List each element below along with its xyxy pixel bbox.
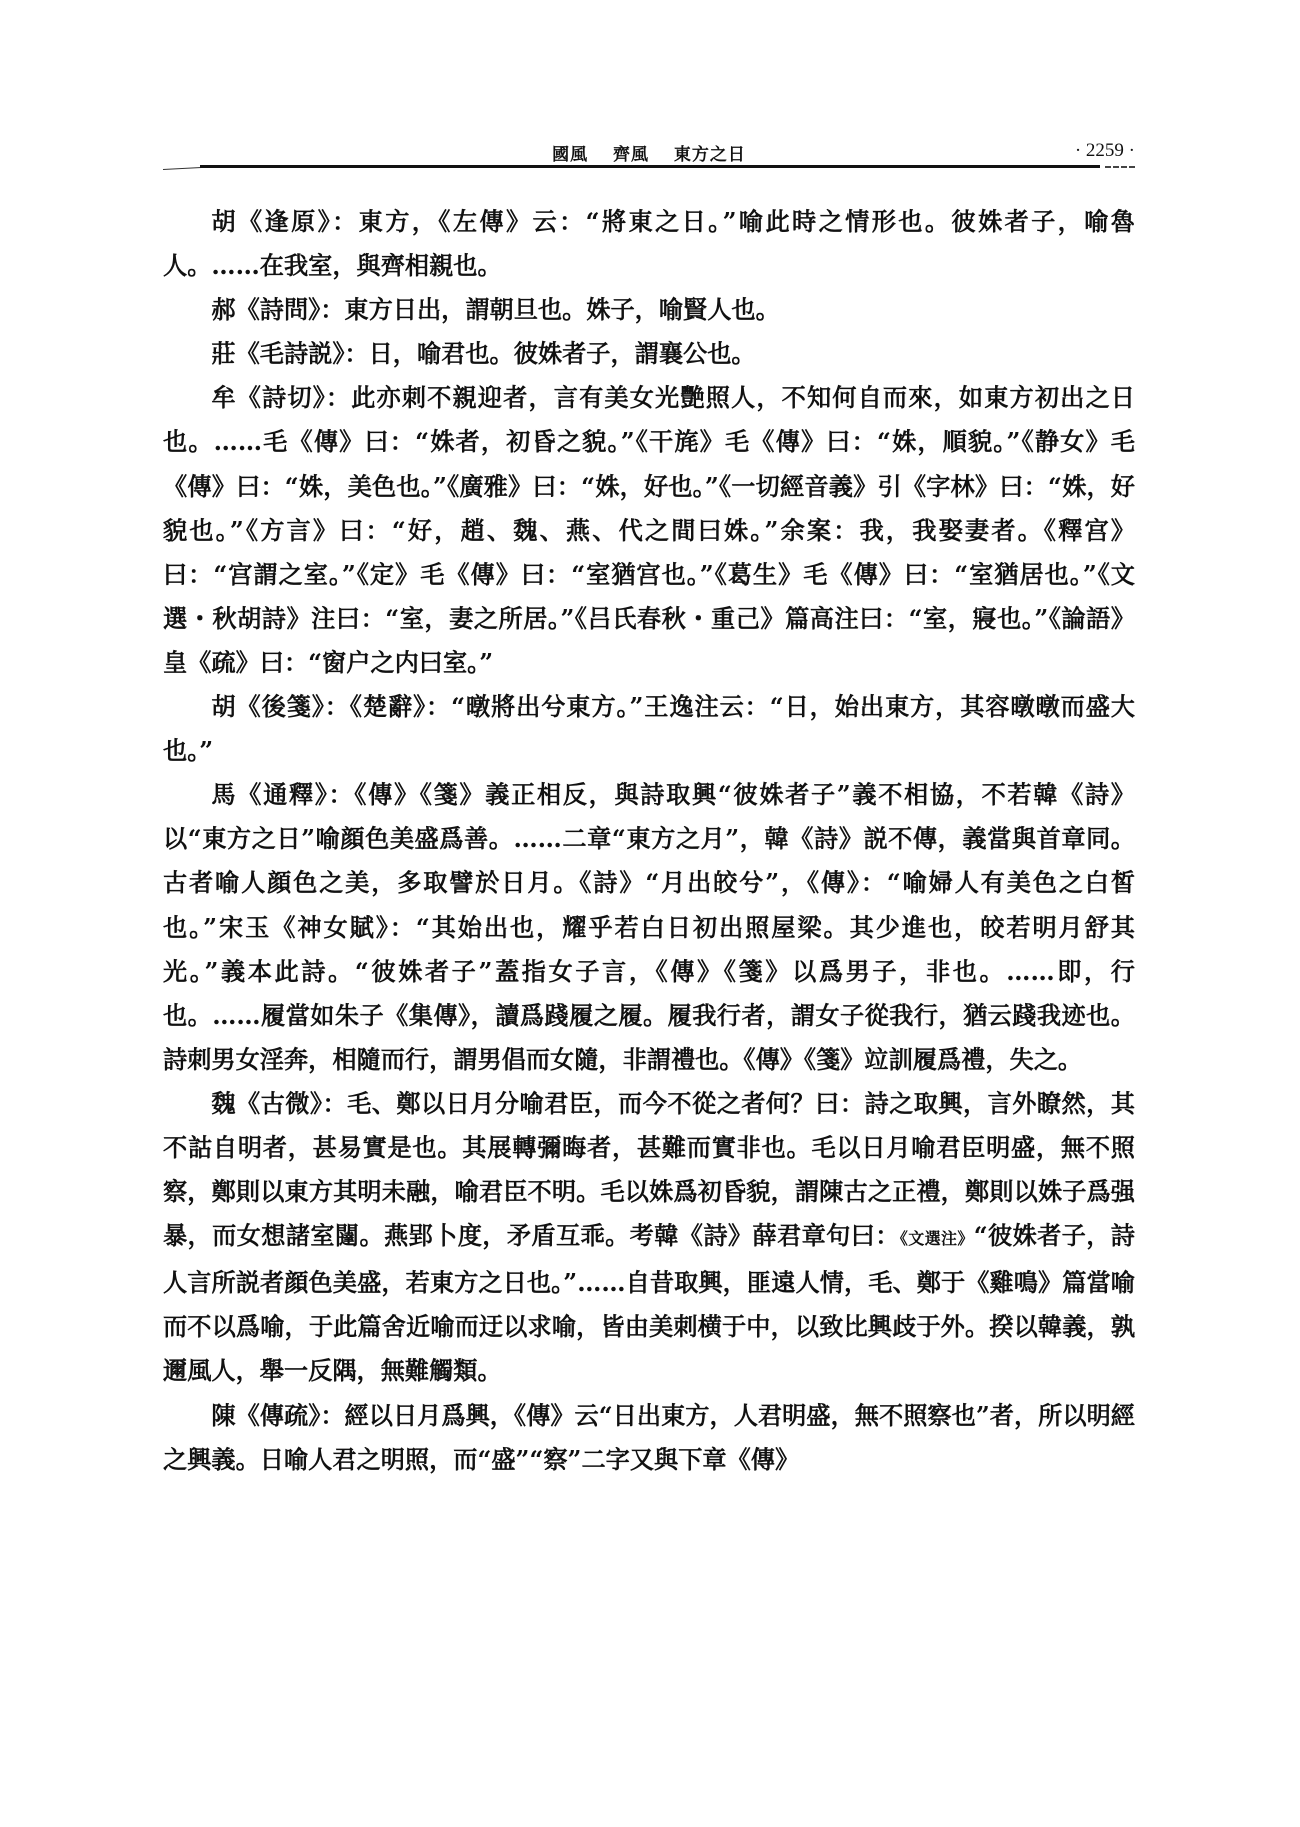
commentary-paragraph: 牟《詩切》：此亦刺不親迎者，言有美女光艷照人，不知何自而來，如東方初出之日也。…… [163,376,1135,685]
commentary-paragraph: 馬《通釋》：《傳》《箋》義正相反，與詩取興“彼姝者子”義不相協，不若韓《詩》以“… [163,773,1135,1082]
section-title-part: 齊風 [613,145,649,165]
commentary-paragraph: 魏《古微》：毛、鄭以日月分喻君臣，而今不從之者何？曰：詩之取興，言外瞭然，其不詁… [163,1082,1135,1394]
page-body: 胡《逢原》：東方，《左傳》云：“將東之日。”喻此時之情形也。彼姝者子，喻魯人。…… [163,200,1135,1482]
commentary-paragraph: 胡《後箋》：《楚辭》：“暾將出兮東方。”王逸注云：“日，始出東方，其容暾暾而盛大… [163,685,1135,773]
commentary-paragraph: 莊《毛詩説》：日，喻君也。彼姝者子，謂襄公也。 [163,332,1135,376]
section-title: 國風 齊風 東方之日 [163,140,1135,165]
running-header: 國風 齊風 東方之日 · 2259 · [163,138,1135,168]
page-number: · 2259 · [1075,140,1135,162]
section-title-part: 國風 [552,145,588,165]
section-title-part: 東方之日 [674,145,746,165]
commentary-paragraph: 陳《傳疏》：經以日月爲興，《傳》云“日出東方，人君明盛，無不照察也”者，所以明經… [163,1394,1135,1482]
commentary-paragraph: 胡《逢原》：東方，《左傳》云：“將東之日。”喻此時之情形也。彼姝者子，喻魯人。…… [163,200,1135,288]
header-rule [200,165,1100,168]
header-rule-right [1105,166,1135,168]
commentary-paragraph: 郝《詩問》：東方日出，謂朝旦也。姝子，喻賢人也。 [163,288,1135,332]
inline-source-note: 《文選注》 [900,1229,974,1248]
